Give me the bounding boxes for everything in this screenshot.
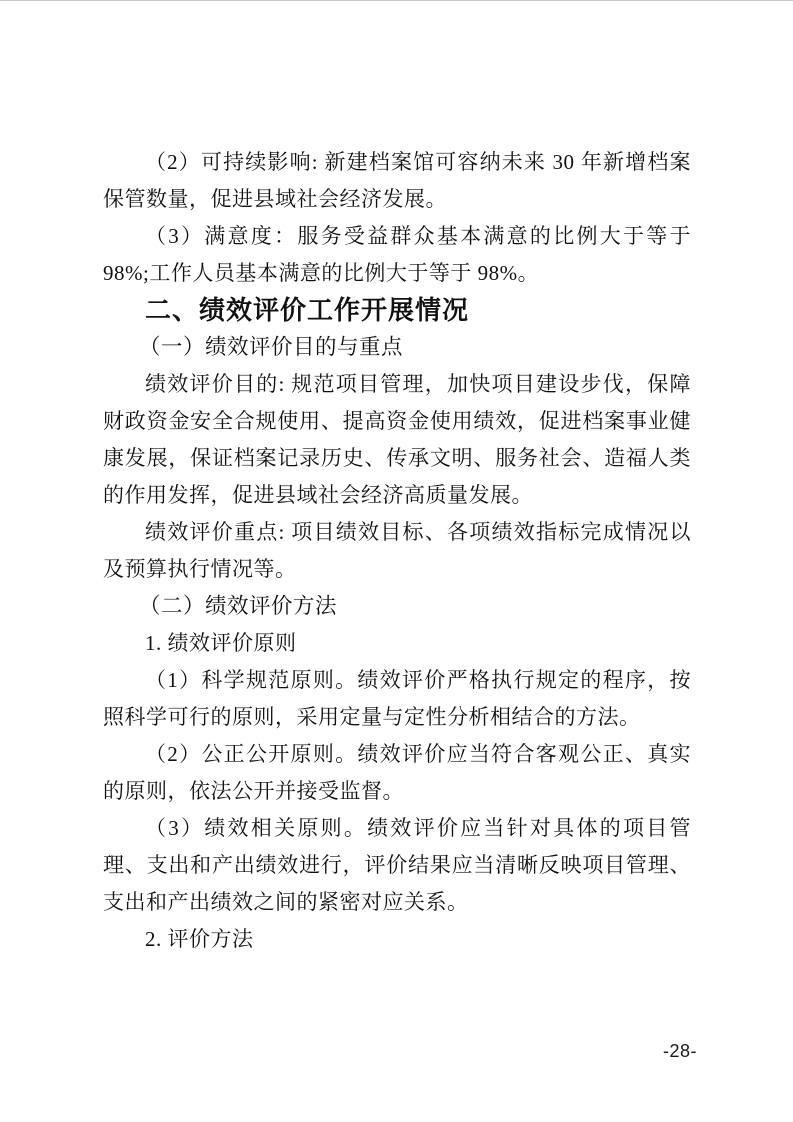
- heading-evaluation-principles: 1. 绩效评价原则: [103, 625, 691, 662]
- page-number: -28-: [663, 1041, 697, 1062]
- heading-2-1-purpose-and-focus: （一）绩效评价目的与重点: [103, 329, 691, 366]
- para-evaluation-purpose: 绩效评价目的: 规范项目管理，加快项目建设步伐，保障财政资金安全合规使用、提高资…: [103, 366, 691, 514]
- document-body: （2）可持续影响: 新建档案馆可容纳未来 30 年新增档案保管数量，促进县域社会…: [103, 144, 691, 958]
- heading-2-2-evaluation-method: （二）绩效评价方法: [103, 588, 691, 625]
- heading-section-2: 二、绩效评价工作开展情况: [103, 292, 691, 329]
- para-satisfaction: （3）满意度：服务受益群众基本满意的比例大于等于 98%;工作人员基本满意的比例…: [103, 218, 691, 292]
- page-top-edge: [0, 0, 793, 1]
- para-sustainable-impact: （2）可持续影响: 新建档案馆可容纳未来 30 年新增档案保管数量，促进县域社会…: [103, 144, 691, 218]
- para-principle-performance-related: （3）绩效相关原则。绩效评价应当针对具体的项目管理、支出和产出绩效进行，评价结果…: [103, 810, 691, 921]
- para-evaluation-focus: 绩效评价重点: 项目绩效目标、各项绩效指标完成情况以及预算执行情况等。: [103, 514, 691, 588]
- para-principle-fair-open: （2）公正公开原则。绩效评价应当符合客观公正、真实的原则，依法公开并接受监督。: [103, 736, 691, 810]
- para-principle-scientific: （1）科学规范原则。绩效评价严格执行规定的程序，按照科学可行的原则，采用定量与定…: [103, 662, 691, 736]
- heading-evaluation-method-2: 2. 评价方法: [103, 921, 691, 958]
